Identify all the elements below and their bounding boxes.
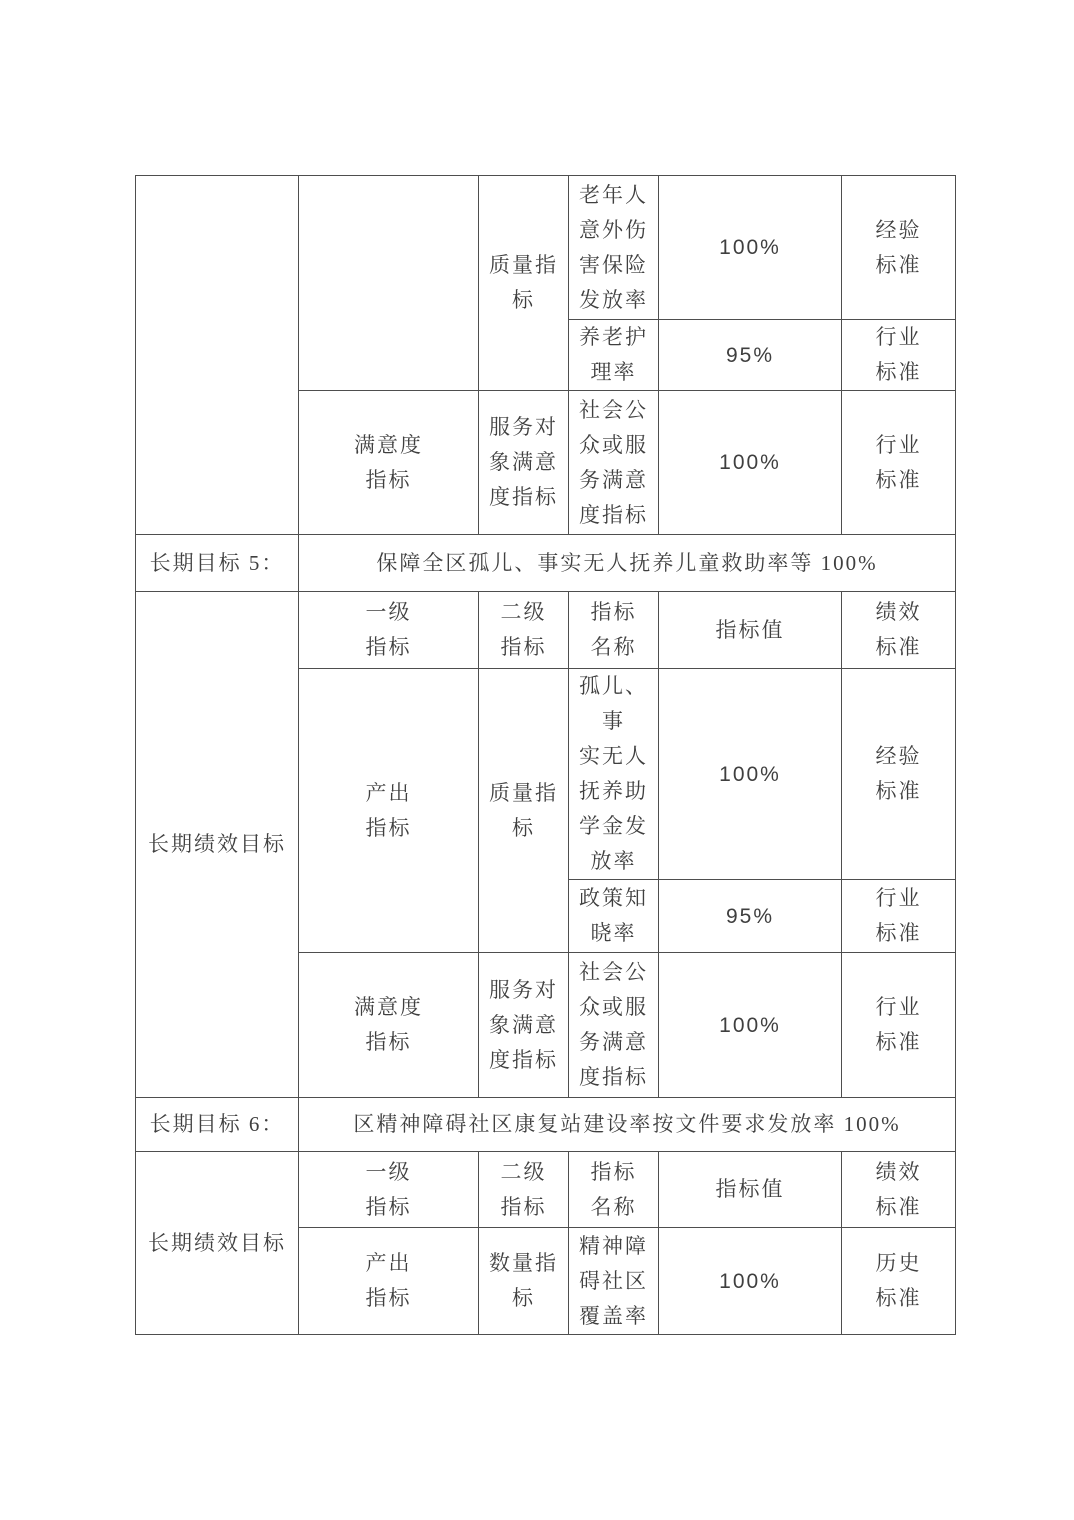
level1-indicator-cell: 满意度 指标: [299, 953, 479, 1098]
goal5-description: 保障全区孤儿、事实无人抚养儿童救助率等 100%: [299, 535, 956, 592]
performance-indicators-table: 质量指 标 老年人 意外伤 害保险 发放率 100% 经验 标准 养老护 理率 …: [135, 175, 956, 1335]
header-indicator-name: 指标 名称: [569, 1152, 659, 1228]
table-row: 质量指 标 老年人 意外伤 害保险 发放率 100% 经验 标准: [136, 176, 956, 320]
header-performance-standard: 绩效 标准: [842, 1152, 956, 1228]
goal5-label: 长期目标 5：: [136, 535, 299, 592]
header-indicator-value: 指标值: [659, 592, 842, 669]
level1-indicator-empty-cell: [299, 176, 479, 391]
performance-standard-cell: 行业 标准: [842, 953, 956, 1098]
goal6-label: 长期目标 6：: [136, 1098, 299, 1152]
indicator-name-cell: 老年人 意外伤 害保险 发放率: [569, 176, 659, 320]
table-row: 长期目标 5： 保障全区孤儿、事实无人抚养儿童救助率等 100%: [136, 535, 956, 592]
table-row: 长期目标 6： 区精神障碍社区康复站建设率按文件要求发放率 100%: [136, 1098, 956, 1152]
performance-standard-cell: 行业 标准: [842, 320, 956, 391]
performance-standard-cell: 行业 标准: [842, 391, 956, 535]
table-row: 长期绩效目标 一级 指标 二级 指标 指标 名称 指标值 绩效 标准: [136, 592, 956, 669]
header-indicator-value: 指标值: [659, 1152, 842, 1228]
level1-indicator-cell: 满意度 指标: [299, 391, 479, 535]
performance-standard-cell: 行业 标准: [842, 880, 956, 953]
indicator-name-cell: 孤儿、事 实无人 抚养助 学金发 放率: [569, 669, 659, 880]
indicator-name-cell: 精神障 碍社区 覆盖率: [569, 1228, 659, 1335]
indicator-name-cell: 政策知 晓率: [569, 880, 659, 953]
indicator-value-cell: 100%: [659, 669, 842, 880]
level1-indicator-cell: 产出 指标: [299, 1228, 479, 1335]
performance-standard-cell: 历史 标准: [842, 1228, 956, 1335]
goal-column-empty-cell: [136, 176, 299, 535]
indicator-name-cell: 社会公 众或服 务满意 度指标: [569, 953, 659, 1098]
header-level2-indicator: 二级 指标: [479, 592, 569, 669]
level2-indicator-cell: 质量指 标: [479, 669, 569, 953]
header-indicator-name: 指标 名称: [569, 592, 659, 669]
table-row: 长期绩效目标 一级 指标 二级 指标 指标 名称 指标值 绩效 标准: [136, 1152, 956, 1228]
long-term-performance-goal-cell: 长期绩效目标: [136, 1152, 299, 1335]
level2-indicator-cell: 数量指 标: [479, 1228, 569, 1335]
level2-indicator-cell: 质量指 标: [479, 176, 569, 391]
header-level1-indicator: 一级 指标: [299, 592, 479, 669]
indicator-value-cell: 100%: [659, 953, 842, 1098]
level2-indicator-cell: 服务对 象满意 度指标: [479, 953, 569, 1098]
level1-indicator-cell: 产出 指标: [299, 669, 479, 953]
indicator-value-cell: 100%: [659, 1228, 842, 1335]
performance-standard-cell: 经验 标准: [842, 176, 956, 320]
indicator-value-cell: 100%: [659, 176, 842, 320]
long-term-performance-goal-cell: 长期绩效目标: [136, 592, 299, 1098]
header-performance-standard: 绩效 标准: [842, 592, 956, 669]
goal6-description: 区精神障碍社区康复站建设率按文件要求发放率 100%: [299, 1098, 956, 1152]
indicator-name-cell: 社会公 众或服 务满意 度指标: [569, 391, 659, 535]
header-level2-indicator: 二级 指标: [479, 1152, 569, 1228]
indicator-name-cell: 养老护 理率: [569, 320, 659, 391]
indicator-value-cell: 100%: [659, 391, 842, 535]
document-page: 质量指 标 老年人 意外伤 害保险 发放率 100% 经验 标准 养老护 理率 …: [0, 0, 1074, 1520]
performance-standard-cell: 经验 标准: [842, 669, 956, 880]
indicator-value-cell: 95%: [659, 320, 842, 391]
indicator-value-cell: 95%: [659, 880, 842, 953]
level2-indicator-cell: 服务对 象满意 度指标: [479, 391, 569, 535]
header-level1-indicator: 一级 指标: [299, 1152, 479, 1228]
